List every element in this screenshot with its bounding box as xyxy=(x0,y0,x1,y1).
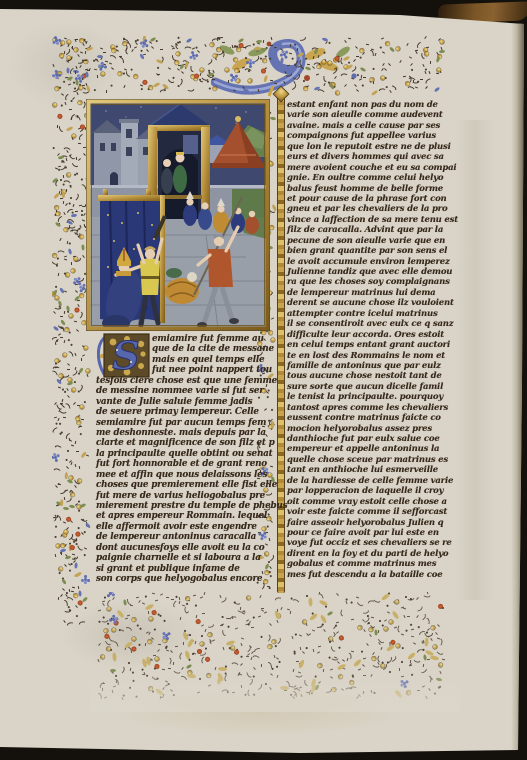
ornament xyxy=(133,679,135,681)
ornament xyxy=(325,605,327,607)
ornament xyxy=(399,60,401,63)
ornament xyxy=(73,571,81,577)
ornament xyxy=(74,321,77,323)
ornament xyxy=(77,405,80,406)
ornament xyxy=(141,88,143,90)
ornament xyxy=(98,609,101,611)
ornament xyxy=(384,627,388,631)
ornament xyxy=(120,57,124,63)
ornament xyxy=(312,612,314,614)
ornament xyxy=(184,66,186,69)
ornament xyxy=(72,97,75,100)
ornament xyxy=(225,640,235,647)
ornament xyxy=(55,535,57,537)
ornament xyxy=(384,620,387,622)
ornament xyxy=(388,46,394,52)
ornament xyxy=(65,327,70,332)
ornament xyxy=(377,662,379,665)
right-text-column: estant enfant non pas du nom devarie son… xyxy=(287,100,459,580)
text-line: me deshonneste. mais depuis par la xyxy=(96,428,273,438)
ornament xyxy=(225,673,227,675)
ornament xyxy=(306,647,308,649)
ornament xyxy=(67,395,70,398)
ornament xyxy=(110,618,112,620)
ornament xyxy=(329,637,333,641)
ornament xyxy=(53,37,56,40)
ornament xyxy=(154,668,156,670)
ornament xyxy=(424,48,428,52)
ornament xyxy=(418,631,424,635)
ornament xyxy=(411,628,414,630)
ornament xyxy=(384,68,387,71)
text-line: avaine. mais a celle cause par ses xyxy=(287,121,459,131)
ornament xyxy=(139,644,141,646)
ornament xyxy=(54,417,57,419)
ornament xyxy=(276,620,278,623)
ornament xyxy=(371,49,374,51)
ornament xyxy=(403,615,405,618)
ornament xyxy=(406,82,410,86)
ornament xyxy=(75,71,76,74)
ornament xyxy=(76,451,79,452)
ornament xyxy=(74,593,78,597)
ornament xyxy=(83,87,86,90)
ornament xyxy=(78,77,82,81)
ornament xyxy=(284,690,287,691)
ornament xyxy=(220,597,227,603)
ornament xyxy=(94,89,96,91)
ornament xyxy=(246,656,249,657)
text-line: la principaulte quelle obtint ou senat xyxy=(96,449,273,459)
ornament xyxy=(54,305,61,311)
ornament xyxy=(78,236,80,238)
ornament xyxy=(64,544,67,547)
ornament xyxy=(63,521,66,523)
ornament xyxy=(373,81,374,84)
ornament xyxy=(268,645,272,649)
ornament xyxy=(85,522,86,525)
ornament xyxy=(74,464,76,467)
ornament xyxy=(410,63,413,66)
ornament xyxy=(68,217,75,224)
ornament xyxy=(436,52,439,55)
ornament xyxy=(181,631,188,641)
ornament xyxy=(200,641,205,646)
text-line: derent se aucune chose ilz vouloient xyxy=(287,298,459,308)
ornament xyxy=(84,73,87,75)
ornament xyxy=(438,687,440,689)
ornament xyxy=(436,649,443,656)
ornament xyxy=(140,628,142,630)
ornament xyxy=(292,696,295,699)
ornament xyxy=(71,563,73,565)
ornament xyxy=(286,681,290,687)
ornament xyxy=(417,690,420,691)
ornament xyxy=(385,76,387,78)
ornament xyxy=(247,679,254,686)
ornament xyxy=(387,604,389,606)
ornament xyxy=(127,615,130,617)
ornament xyxy=(75,211,78,212)
ornament xyxy=(75,228,82,235)
ornament xyxy=(134,39,136,41)
ornament xyxy=(105,599,112,606)
ornament xyxy=(350,680,355,685)
ornament xyxy=(69,185,71,188)
ornament xyxy=(75,115,81,122)
ornament xyxy=(54,456,58,460)
ornament xyxy=(94,69,97,71)
ornament xyxy=(83,554,85,556)
ornament xyxy=(56,360,58,362)
ornament xyxy=(142,36,146,42)
ornament xyxy=(370,690,372,693)
text-line: eurs et divers hommes qui avec sa xyxy=(287,152,459,162)
ornament xyxy=(294,652,296,654)
ornament xyxy=(205,629,207,632)
ornament xyxy=(64,555,71,559)
ornament xyxy=(103,628,108,633)
ornament xyxy=(73,204,75,207)
ornament xyxy=(439,663,443,667)
text-line: mes fut descendu a la bataille coe xyxy=(287,570,459,580)
ornament xyxy=(111,671,114,674)
ornament xyxy=(244,610,246,613)
ornament xyxy=(168,667,171,668)
ornament xyxy=(55,206,59,210)
ornament xyxy=(74,296,80,302)
ornament xyxy=(317,651,320,653)
ornament xyxy=(439,49,445,53)
text-line: de la hardiesse de celle femme varie xyxy=(287,476,459,486)
text-line: mocion helyorobalus assez pres xyxy=(287,424,459,434)
ornament xyxy=(177,68,180,71)
ornament xyxy=(68,475,73,480)
ornament xyxy=(163,639,167,643)
ornament xyxy=(102,600,105,602)
ornament xyxy=(203,592,205,595)
ornament xyxy=(59,238,61,241)
text-line: mierement prestre du temple de phebus xyxy=(96,501,273,511)
ornament xyxy=(437,624,440,627)
ornament xyxy=(422,63,424,66)
ornament xyxy=(128,647,132,653)
ornament xyxy=(429,688,432,691)
ornament xyxy=(55,526,57,528)
ornament xyxy=(275,596,282,601)
ornament xyxy=(76,505,81,510)
ornament xyxy=(102,683,105,684)
ornament xyxy=(418,626,420,628)
ornament xyxy=(409,624,411,626)
ornament xyxy=(295,673,302,679)
ornament xyxy=(373,691,375,693)
ornament xyxy=(152,691,154,693)
ornament xyxy=(67,338,69,340)
ornament xyxy=(270,117,276,121)
ornament xyxy=(123,695,125,697)
ornament xyxy=(153,655,156,656)
ornament xyxy=(70,114,77,120)
ornament xyxy=(156,59,164,65)
ornament xyxy=(363,628,366,631)
ornament xyxy=(57,169,59,171)
ornament xyxy=(58,484,61,485)
parchment-page: S emiamire fut femme auque de la cite de… xyxy=(0,0,527,760)
ornament xyxy=(427,675,433,682)
ornament xyxy=(195,618,201,624)
ornament xyxy=(314,684,319,691)
ornament xyxy=(61,191,65,198)
ornament xyxy=(165,633,169,637)
ornament xyxy=(57,482,59,484)
ornament xyxy=(84,59,87,60)
ornament xyxy=(165,685,168,687)
ornament xyxy=(200,652,206,657)
ornament xyxy=(226,617,229,619)
ornament xyxy=(54,222,61,228)
ornament xyxy=(61,160,64,163)
ornament xyxy=(56,212,60,216)
ornament xyxy=(125,70,130,76)
ornament xyxy=(403,75,406,77)
ornament xyxy=(52,369,58,376)
ornament xyxy=(112,617,116,621)
ornament xyxy=(64,290,67,292)
ornament xyxy=(312,630,315,632)
ornament xyxy=(172,76,174,78)
ornament xyxy=(174,60,179,65)
ornament xyxy=(82,244,85,250)
text-line: tantost apres comme les chevaliers xyxy=(287,403,459,413)
ornament xyxy=(110,649,112,651)
ornament xyxy=(339,610,345,617)
ornament xyxy=(202,76,209,83)
text-line: mere avoient couche et eu sa compai xyxy=(287,163,459,173)
ornament xyxy=(145,631,148,633)
ornament xyxy=(186,664,193,670)
ornament xyxy=(306,595,308,597)
ornament xyxy=(433,693,435,695)
ornament xyxy=(55,543,60,548)
ornament xyxy=(424,637,429,646)
text-line: empereur et appelle antoninus la xyxy=(287,444,459,454)
ornament xyxy=(435,632,438,635)
ornament xyxy=(437,604,443,610)
ornament xyxy=(66,466,69,469)
ornament xyxy=(58,156,64,160)
ornament xyxy=(57,515,59,518)
ornament xyxy=(78,278,84,282)
ornament xyxy=(102,618,109,624)
ornament xyxy=(60,594,63,597)
ornament xyxy=(79,225,81,228)
ornament xyxy=(117,71,121,75)
ornament xyxy=(150,658,153,661)
ornament xyxy=(178,41,180,43)
ornament xyxy=(197,649,202,654)
ornament xyxy=(250,657,252,660)
ornament xyxy=(75,503,78,506)
ornament xyxy=(153,82,161,88)
ornament xyxy=(77,311,84,318)
ornament xyxy=(70,154,72,157)
ornament xyxy=(84,530,86,532)
ornament xyxy=(154,663,159,668)
ornament xyxy=(178,65,181,66)
ornament xyxy=(82,355,85,357)
ornament xyxy=(142,669,144,671)
ornament xyxy=(190,74,195,79)
ornament xyxy=(265,635,272,642)
ornament xyxy=(132,671,134,673)
ornament xyxy=(111,628,116,633)
ornament xyxy=(240,656,242,658)
ornament xyxy=(204,656,210,662)
ornament xyxy=(410,660,411,663)
ornament xyxy=(52,289,58,296)
ornament xyxy=(227,618,230,619)
ornament xyxy=(112,597,115,600)
text-line: en celui temps entant grant auctori xyxy=(287,340,459,350)
text-line: quelle chose sceue par matrinus es xyxy=(287,455,459,465)
ornament xyxy=(269,623,272,626)
ornament xyxy=(341,688,344,691)
ornament xyxy=(319,592,320,594)
ornament xyxy=(52,427,59,433)
ornament xyxy=(161,84,167,91)
ornament xyxy=(382,662,384,664)
ornament xyxy=(405,629,407,631)
ornament xyxy=(65,402,70,409)
ornament xyxy=(369,628,373,632)
ornament xyxy=(104,633,110,639)
ornament xyxy=(241,685,242,688)
ornament xyxy=(66,592,68,594)
ornament xyxy=(55,485,58,488)
ornament xyxy=(68,378,72,382)
ornament xyxy=(59,326,64,333)
ornament xyxy=(378,87,385,93)
ornament xyxy=(57,257,59,259)
ornament xyxy=(78,158,81,161)
ornament xyxy=(75,258,81,262)
text-line: tant en anthioche lui esmerveille xyxy=(287,465,459,475)
ornament xyxy=(66,497,73,502)
ornament xyxy=(65,490,68,492)
ornament xyxy=(77,373,79,375)
ornament xyxy=(80,179,82,181)
ornament xyxy=(164,620,166,622)
ornament xyxy=(75,279,79,283)
ornament xyxy=(185,597,189,601)
ornament xyxy=(180,617,182,620)
ornament xyxy=(438,54,442,58)
ornament xyxy=(332,688,336,692)
ornament xyxy=(172,55,176,61)
ornament xyxy=(154,629,156,631)
text-line: difficulte leur accorda. Ores estoit xyxy=(287,330,459,340)
ornament xyxy=(220,625,223,626)
ornament xyxy=(270,673,273,676)
ornament xyxy=(64,564,67,567)
ornament xyxy=(60,552,62,554)
ornament xyxy=(63,175,64,178)
ornament xyxy=(67,311,69,313)
ornament xyxy=(79,205,82,206)
ornament xyxy=(77,300,80,302)
ornament xyxy=(336,631,339,634)
ornament xyxy=(67,228,70,230)
ornament xyxy=(74,539,77,542)
ornament xyxy=(58,373,63,378)
ornament xyxy=(74,485,77,488)
page-edge xyxy=(511,20,525,752)
ornament xyxy=(199,678,201,680)
ornament xyxy=(274,610,281,620)
ornament xyxy=(356,696,359,699)
ornament xyxy=(74,478,80,485)
ornament xyxy=(75,284,78,285)
ornament xyxy=(371,617,374,619)
ornament xyxy=(74,402,77,405)
ornament xyxy=(333,632,336,635)
ornament xyxy=(62,578,64,580)
ornament xyxy=(93,60,95,62)
ornament xyxy=(221,630,225,636)
ornament xyxy=(167,657,173,664)
ornament xyxy=(65,594,68,597)
ornament xyxy=(260,608,263,609)
ornament xyxy=(85,51,86,54)
ornament xyxy=(168,77,175,84)
ornament xyxy=(156,73,159,74)
ornament xyxy=(415,42,422,49)
ornament xyxy=(400,675,403,677)
ornament xyxy=(57,113,63,119)
ornament xyxy=(417,597,420,600)
ornament xyxy=(178,78,185,85)
ornament xyxy=(78,367,84,374)
ornament xyxy=(422,686,425,689)
ornament xyxy=(160,696,162,699)
ornament xyxy=(389,90,392,93)
ornament xyxy=(149,41,152,44)
ornament xyxy=(200,657,207,664)
ornament xyxy=(351,618,354,620)
ornament xyxy=(388,593,390,595)
ornament xyxy=(166,646,168,648)
text-line: de lempereur antoninus caracalla xyxy=(96,532,273,542)
ornament xyxy=(205,648,207,650)
ornament xyxy=(116,49,119,51)
text-line: dont aucunesfoys elle avoit eu la co xyxy=(96,543,273,553)
ornament xyxy=(112,652,117,661)
ornament xyxy=(158,644,161,645)
ornament xyxy=(69,439,72,442)
ornament xyxy=(373,68,375,70)
ornament xyxy=(64,102,66,105)
ornament xyxy=(386,657,393,664)
ornament xyxy=(109,636,114,643)
ornament xyxy=(60,315,63,316)
ornament xyxy=(79,86,81,88)
ornament xyxy=(240,663,243,666)
ornament xyxy=(110,45,115,50)
ornament xyxy=(179,63,185,70)
ornament xyxy=(113,620,119,626)
ornament xyxy=(133,75,138,80)
